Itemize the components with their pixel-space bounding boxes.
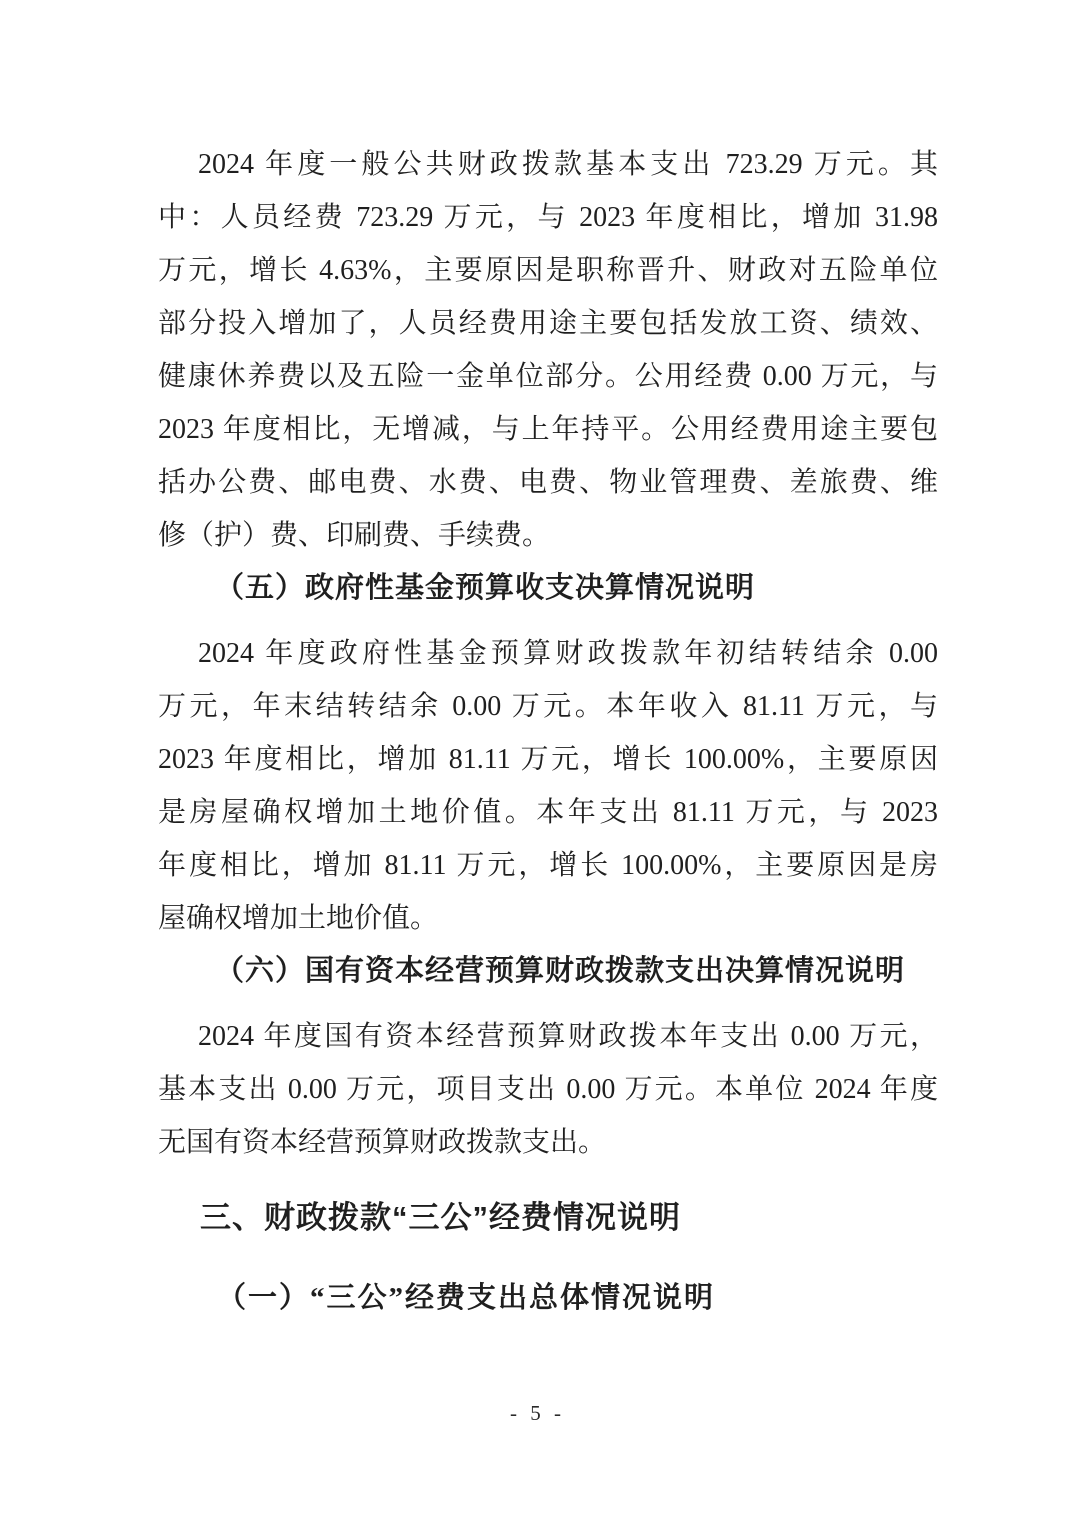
paragraph-state-capital-budget: 2024 年度国有资本经营预算财政拨本年支出 0.00 万元，基本支出 0.00… — [158, 1010, 938, 1169]
text-line: 2024 年度政府性基金预算财政拨款年初结转结余 0.00 — [158, 627, 938, 680]
text-line: 是房屋确权增加土地价值。本年支出 81.11 万元，与 2023 — [158, 786, 938, 839]
document-content: 2024 年度一般公共财政拨款基本支出 723.29 万元。其中：人员经费 72… — [158, 138, 938, 1325]
text-line: 2023 年度相比，增加 81.11 万元，增长 100.00%，主要原因 — [158, 733, 938, 786]
paragraph-gov-fund-budget: 2024 年度政府性基金预算财政拨款年初结转结余 0.00万元，年末结转结余 0… — [158, 627, 938, 945]
heading-section-five: （五）政府性基金预算收支决算情况说明 — [158, 562, 938, 615]
text-line: 2024 年度一般公共财政拨款基本支出 723.29 万元。其 — [158, 138, 938, 191]
text-line: 健康休养费以及五险一金单位部分。公用经费 0.00 万元，与 — [158, 350, 938, 403]
text-line: 修（护）费、印刷费、手续费。 — [158, 509, 938, 562]
text-line: 无国有资本经营预算财政拨款支出。 — [158, 1116, 938, 1169]
text-line: 部分投入增加了，人员经费用途主要包括发放工资、绩效、 — [158, 297, 938, 350]
text-line: 中：人员经费 723.29 万元，与 2023 年度相比，增加 31.98 — [158, 191, 938, 244]
text-line: 屋确权增加土地价值。 — [158, 892, 938, 945]
text-line: 万元，年末结转结余 0.00 万元。本年收入 81.11 万元，与 — [158, 680, 938, 733]
paragraph-basic-expenditure: 2024 年度一般公共财政拨款基本支出 723.29 万元。其中：人员经费 72… — [158, 138, 938, 562]
text-line: 2023 年度相比，无增减，与上年持平。公用经费用途主要包 — [158, 403, 938, 456]
page-number: - 5 - — [0, 1398, 1075, 1428]
text-line: 基本支出 0.00 万元，项目支出 0.00 万元。本单位 2024 年度 — [158, 1063, 938, 1116]
heading-subsection-one: （一）“三公”经费支出总体情况说明 — [158, 1272, 938, 1325]
heading-section-six: （六）国有资本经营预算财政拨款支出决算情况说明 — [158, 945, 938, 998]
text-line: 年度相比，增加 81.11 万元，增长 100.00%，主要原因是房 — [158, 839, 938, 892]
heading-section-three: 三、财政拨款“三公”经费情况说明 — [158, 1191, 938, 1244]
text-line: 2024 年度国有资本经营预算财政拨本年支出 0.00 万元， — [158, 1010, 938, 1063]
document-page: 2024 年度一般公共财政拨款基本支出 723.29 万元。其中：人员经费 72… — [0, 0, 1075, 1520]
text-line: 万元，增长 4.63%，主要原因是职称晋升、财政对五险单位 — [158, 244, 938, 297]
text-line: 括办公费、邮电费、水费、电费、物业管理费、差旅费、维 — [158, 456, 938, 509]
